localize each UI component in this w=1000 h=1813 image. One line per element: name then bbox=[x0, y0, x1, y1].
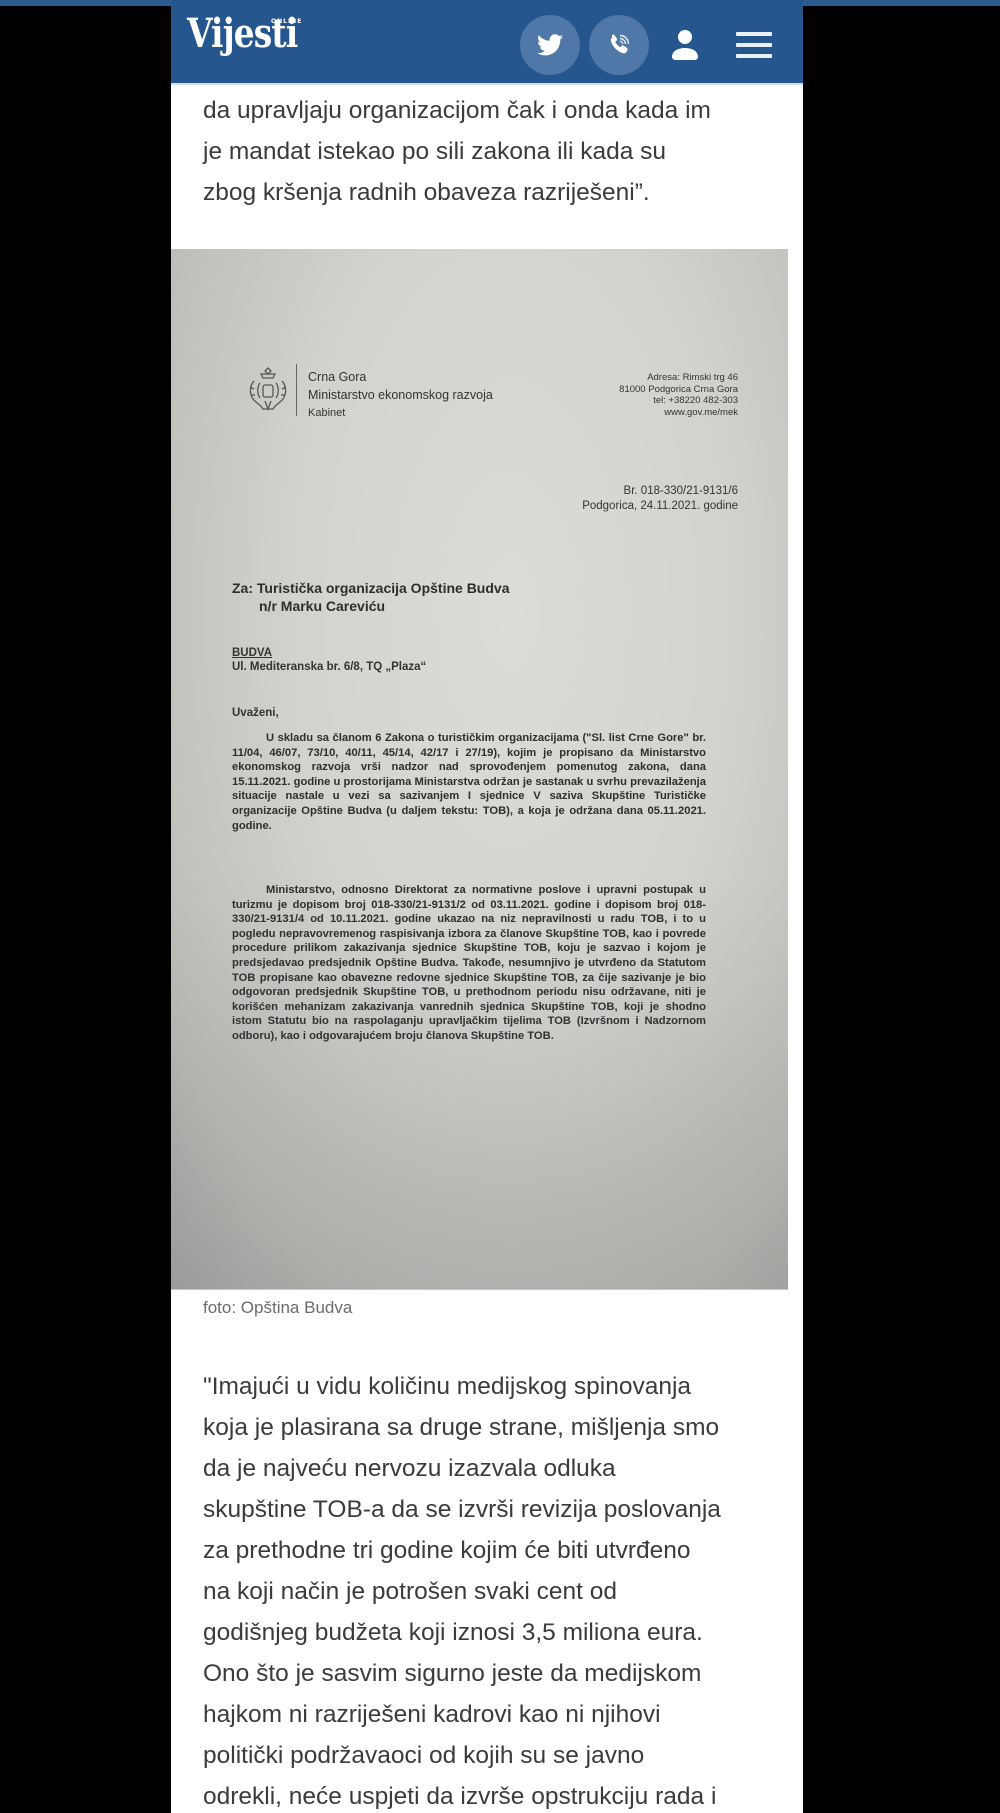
text-line: Ono što je sasvim sigurno jeste da medij… bbox=[203, 1653, 783, 1694]
hamburger-menu-icon[interactable] bbox=[736, 32, 772, 58]
article-intro-text: da upravljaju organizacijom čak i onda k… bbox=[203, 90, 783, 213]
article-page: Vijesti ONLINE da upravljaju organizacij… bbox=[171, 0, 803, 1813]
viber-phone-icon bbox=[605, 31, 633, 59]
text-line: za prethodne tri godine kojim će biti ut… bbox=[203, 1530, 783, 1571]
viber-button[interactable] bbox=[589, 15, 649, 75]
text-line: odrekli, neće uspjeti da izvrše opstrukc… bbox=[203, 1776, 783, 1813]
logo-online-label: ONLINE bbox=[271, 18, 302, 25]
text-line: zbog kršenja radnih obaveza razriješeni”… bbox=[203, 172, 783, 213]
twitter-button[interactable] bbox=[520, 15, 580, 75]
text-line: hajkom ni razriješeni kadrovi kao ni nji… bbox=[203, 1694, 783, 1735]
text-line: godišnjeg budžeta koji iznosi 3,5 milion… bbox=[203, 1612, 783, 1653]
text-line: da je najveću nervozu izazvala odluka bbox=[203, 1448, 783, 1489]
site-header: Vijesti ONLINE bbox=[171, 0, 803, 85]
text-line: na koji način je potrošen svaki cent od bbox=[203, 1571, 783, 1612]
text-line: skupštine TOB-a da se izvrši revizija po… bbox=[203, 1489, 783, 1530]
text-line: politički podržavaoci od kojih su se jav… bbox=[203, 1735, 783, 1776]
text-line: je mandat istekao po sili zakona ili kad… bbox=[203, 131, 783, 172]
text-line: koja je plasirana sa druge strane, mišlj… bbox=[203, 1407, 783, 1448]
twitter-icon bbox=[537, 34, 563, 56]
article-quote-text: "Imajući u vidu količinu medijskog spino… bbox=[203, 1366, 783, 1813]
text-line: da upravljaju organizacijom čak i onda k… bbox=[203, 90, 783, 131]
photo-shadow bbox=[171, 249, 788, 1289]
photo-caption: foto: Opština Budva bbox=[203, 1298, 352, 1318]
text-line: "Imajući u vidu količinu medijskog spino… bbox=[203, 1366, 783, 1407]
user-icon[interactable] bbox=[670, 29, 700, 61]
document-photo[interactable]: Crna Gora Ministarstvo ekonomskog razvoj… bbox=[171, 249, 788, 1290]
